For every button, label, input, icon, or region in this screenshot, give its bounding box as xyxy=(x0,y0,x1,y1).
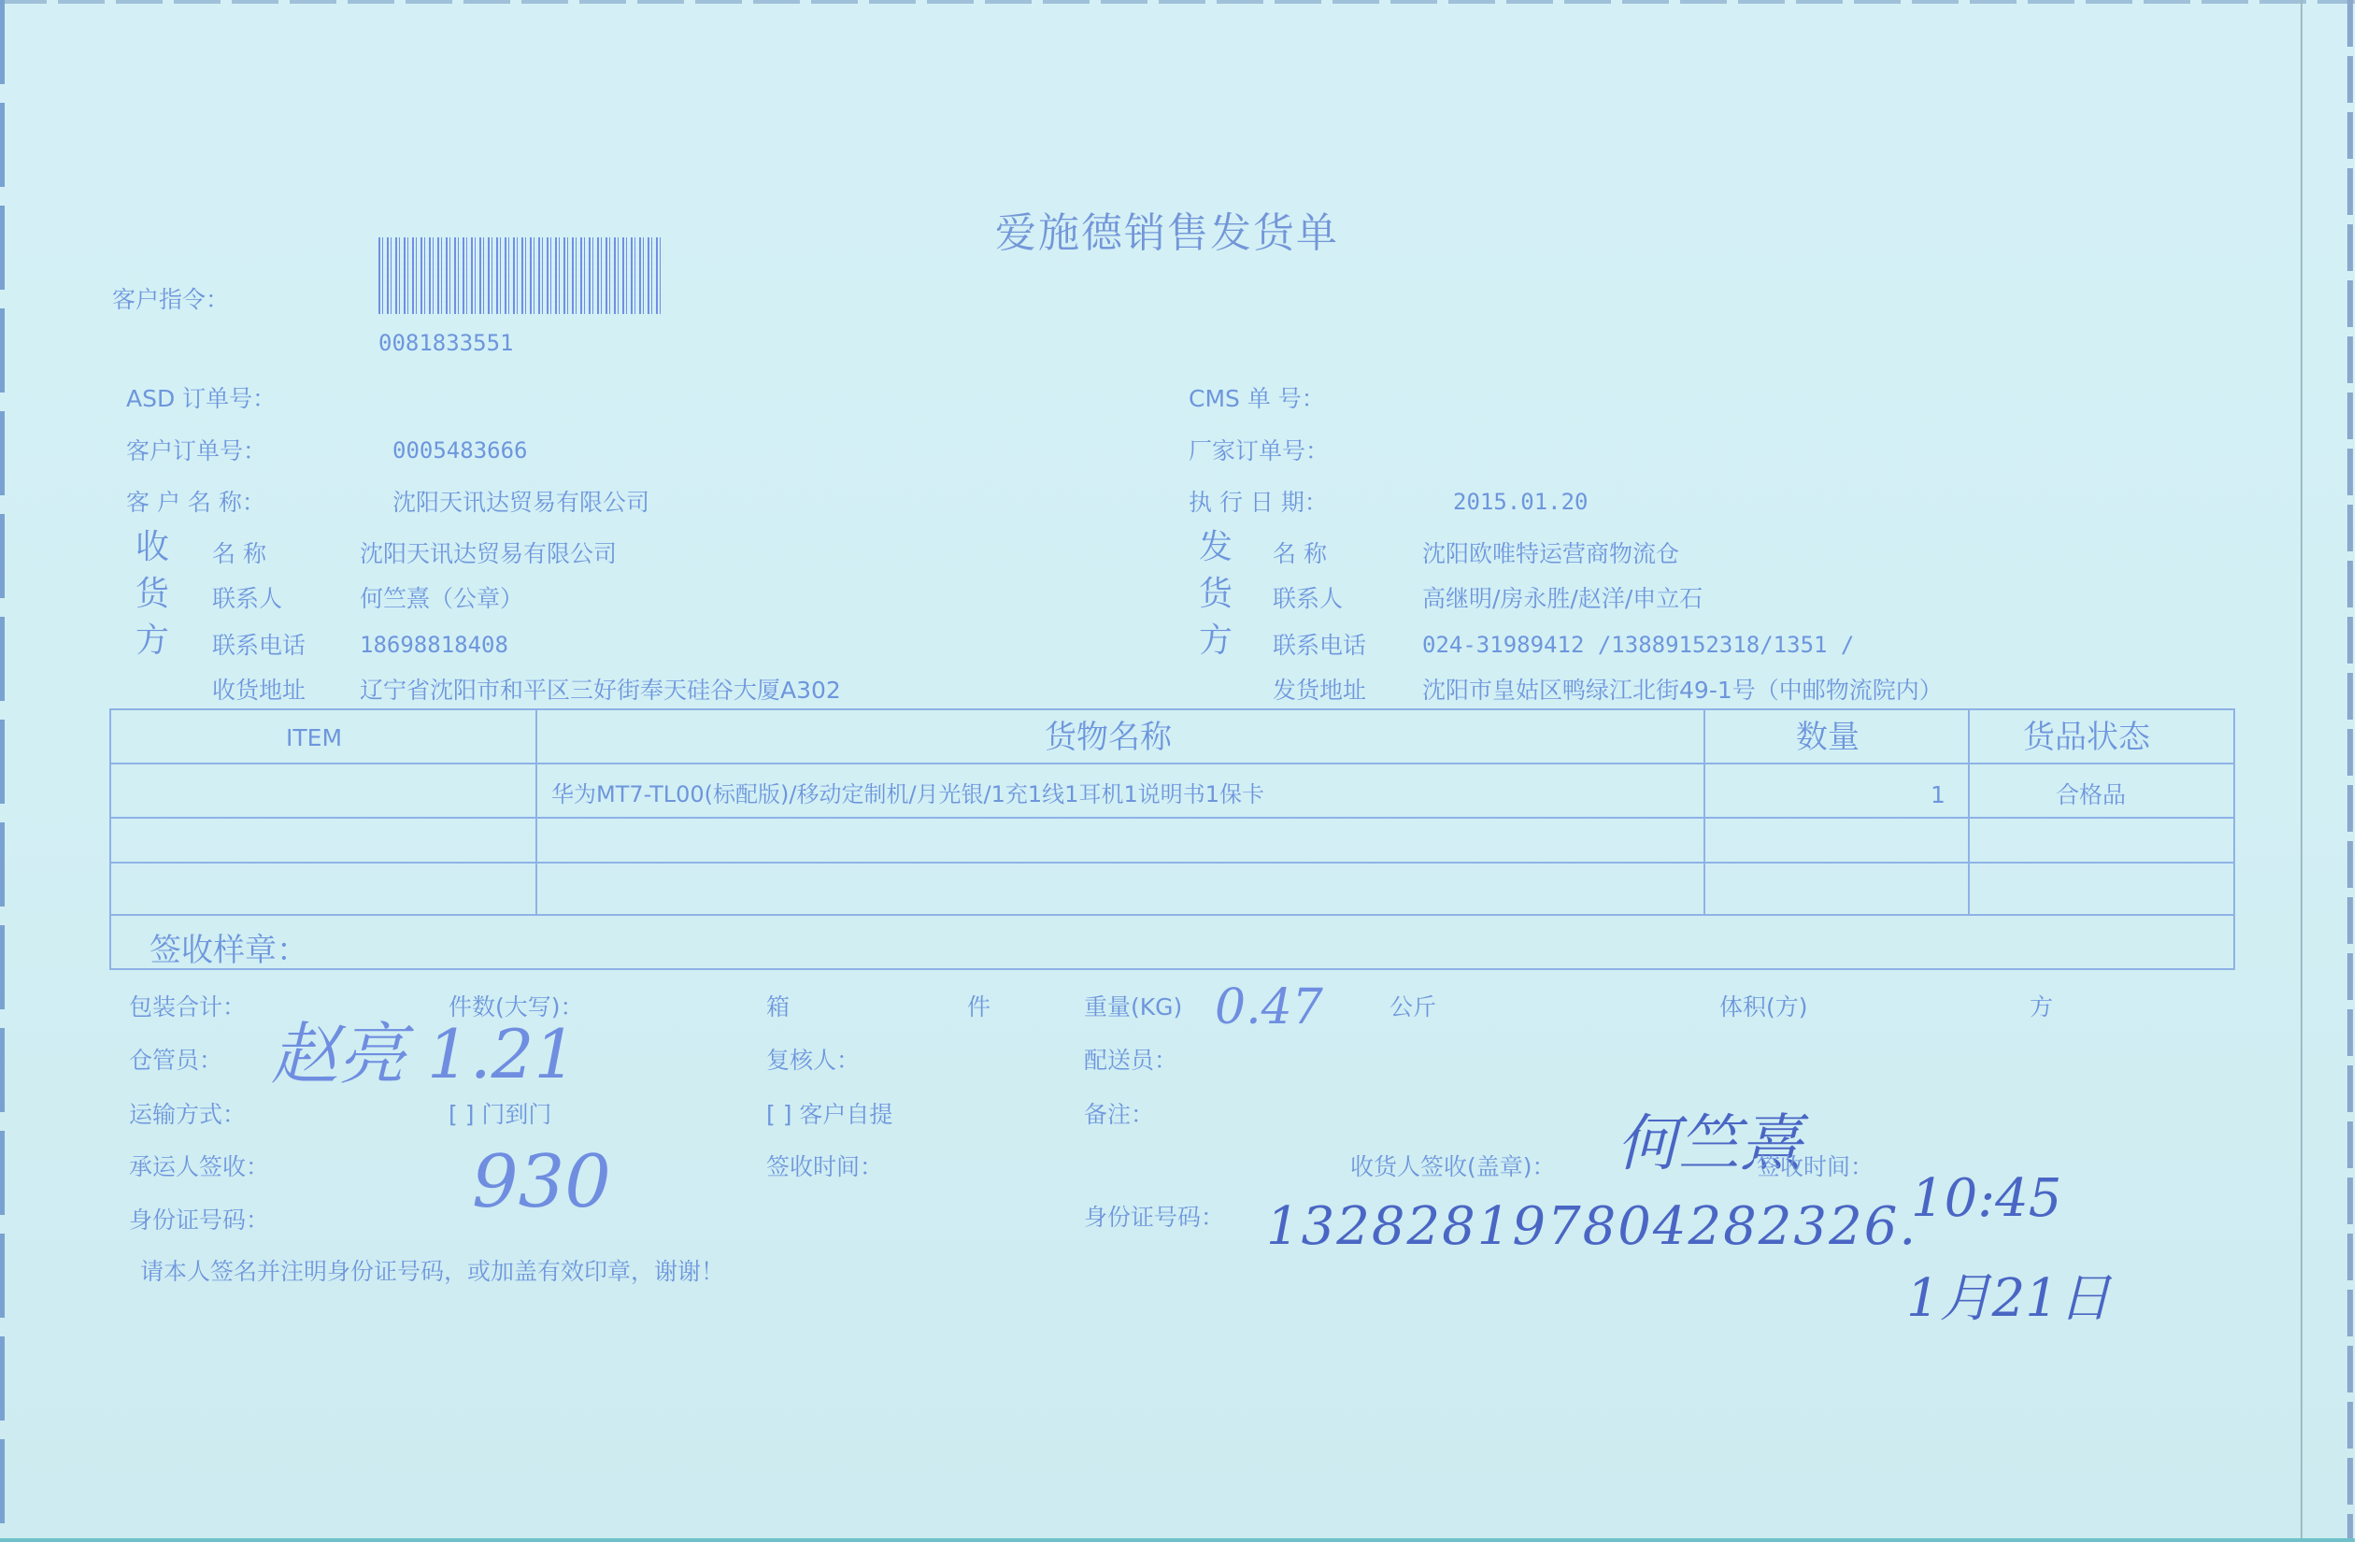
table-header-goods-name: 货物名称 xyxy=(1045,721,1172,753)
perforation-top xyxy=(0,0,2355,4)
table-border-top xyxy=(109,708,2235,710)
quantity-cell: 1 xyxy=(1931,783,1945,807)
volume-unit: 方 xyxy=(2030,995,2053,1019)
weight-label: 重量(KG) xyxy=(1084,995,1182,1019)
shipper-name: 沈阳欧唯特运营商物流仓 xyxy=(1422,542,1679,565)
status-cell: 合格品 xyxy=(2056,783,2126,807)
table-col-divider xyxy=(1703,708,1705,916)
fold-line xyxy=(2301,0,2302,1542)
receiver-address-label: 收货地址 xyxy=(212,678,306,702)
perforation-left xyxy=(0,0,5,1542)
execution-date-value: 2015.01.20 xyxy=(1453,491,1589,513)
shipper-address: 沈阳市皇姑区鸭绿江北街49-1号（中邮物流院内） xyxy=(1422,678,1943,702)
receiver-side-char-2: 货 xyxy=(135,578,169,611)
customer-instruction-label: 客户指令： xyxy=(112,288,229,311)
table-header-quantity: 数量 xyxy=(1796,721,1860,753)
receiver-name-label: 名 称 xyxy=(212,542,266,565)
receiver-phone: 18698818408 xyxy=(360,634,508,656)
barcode-number: 0081833551 xyxy=(378,332,514,354)
piece-label: 件 xyxy=(967,995,990,1019)
customer-name-label: 客 户 名 称： xyxy=(126,491,265,514)
receiver-contact-label: 联系人 xyxy=(212,587,282,610)
receiver-name: 沈阳天讯达贸易有限公司 xyxy=(360,542,617,565)
receiver-side-char-3: 方 xyxy=(135,624,169,658)
receiver-phone-label: 联系电话 xyxy=(212,634,306,657)
customer-name-value: 沈阳天讯达贸易有限公司 xyxy=(392,491,649,514)
receiver-side-char-1: 收 xyxy=(135,531,169,564)
shipper-address-label: 发货地址 xyxy=(1273,678,1366,702)
receiver-address: 辽宁省沈阳市和平区三好街奉天硅谷大厦A302 xyxy=(360,678,841,702)
goods-name-cell: 华为MT7-TL00(标配版)/移动定制机/月光银/1充1线1耳机1说明书1保卡 xyxy=(551,783,1264,806)
table-border-right xyxy=(2233,708,2235,970)
warehouse-keeper-label: 仓管员： xyxy=(129,1049,222,1072)
id-number-label-left: 身份证号码： xyxy=(129,1208,269,1232)
receiver-contact: 何竺熹（公章） xyxy=(360,587,523,610)
self-pickup-checkbox[interactable]: [ ] 客户自提 xyxy=(766,1103,892,1126)
receiver-sign-label: 收货人签收(盖章)： xyxy=(1350,1155,1556,1178)
table-col-divider xyxy=(535,708,537,916)
package-total-label: 包装合计： xyxy=(129,995,246,1019)
shipper-phone-label: 联系电话 xyxy=(1273,634,1366,657)
transport-label: 运输方式： xyxy=(129,1103,246,1126)
customer-order-label: 客户订单号： xyxy=(126,439,266,463)
asd-order-label: ASD 订单号： xyxy=(126,387,276,410)
cms-order-label: CMS 单 号： xyxy=(1189,387,1325,410)
customer-order-value: 0005483666 xyxy=(392,439,528,462)
perforation-right xyxy=(2347,0,2353,1542)
barcode-icon xyxy=(378,237,664,314)
document-title: 爱施德销售发货单 xyxy=(995,213,1339,254)
volume-label: 体积(方) xyxy=(1719,995,1808,1019)
table-rule xyxy=(109,763,2235,764)
warehouse-keeper-signature: 赵亮 1.21 xyxy=(271,1000,577,1097)
sign-time-label: 签收时间： xyxy=(766,1155,883,1178)
remarks-label: 备注： xyxy=(1084,1103,1154,1126)
table-border-left xyxy=(109,708,111,970)
shipper-contact: 高继明/房永胜/赵洋/申立石 xyxy=(1422,587,1703,610)
table-border-bottom xyxy=(109,968,2235,970)
table-header-status: 货品状态 xyxy=(2023,721,2150,753)
shipper-side-char-3: 方 xyxy=(1199,624,1233,658)
weight-unit: 公斤 xyxy=(1390,995,1436,1019)
table-header-item: ITEM xyxy=(286,726,342,750)
stamp-label: 签收样章： xyxy=(150,935,308,966)
receiver-id-number: 132828197804282326. xyxy=(1266,1196,1917,1257)
deliverer-label: 配送员： xyxy=(1084,1049,1177,1072)
table-rule xyxy=(109,817,2235,819)
shipper-contact-label: 联系人 xyxy=(1273,587,1343,610)
door-to-door-checkbox[interactable]: [ ] 门到门 xyxy=(449,1103,551,1126)
receiver-sign-date: 1月21日 xyxy=(1906,1257,2111,1332)
weight-value-handwritten: 0.47 xyxy=(1215,979,1323,1035)
manufacturer-order-label: 厂家订单号： xyxy=(1189,439,1329,463)
table-col-divider xyxy=(1968,708,1970,916)
signature-notice: 请本人签名并注明身份证号码，或加盖有效印章，谢谢！ xyxy=(140,1260,724,1283)
shipper-side-char-1: 发 xyxy=(1199,531,1233,564)
execution-date-label: 执 行 日 期： xyxy=(1189,491,1328,514)
paper-bottom-edge xyxy=(0,1538,2355,1542)
receiver-sign-time: 10:45 xyxy=(1911,1168,2061,1229)
table-rule xyxy=(109,914,2235,916)
shipper-side-char-2: 货 xyxy=(1199,578,1233,611)
carrier-sign-label: 承运人签收： xyxy=(129,1155,269,1178)
shipper-phone: 024-31989412 /13889152318/1351 / xyxy=(1422,634,1854,656)
shipper-name-label: 名 称 xyxy=(1273,542,1327,565)
id-number-label-right: 身份证号码： xyxy=(1084,1206,1224,1229)
reviewer-label: 复核人： xyxy=(766,1049,860,1072)
delivery-note-paper: 爱施德销售发货单 客户指令： 0081833551 ASD 订单号： CMS 单… xyxy=(0,0,2355,1542)
carrier-signature: 930 xyxy=(472,1140,611,1224)
table-rule xyxy=(109,862,2235,864)
box-label: 箱 xyxy=(766,995,790,1019)
receiver-sign-time-label: 签收时间： xyxy=(1757,1155,1874,1178)
